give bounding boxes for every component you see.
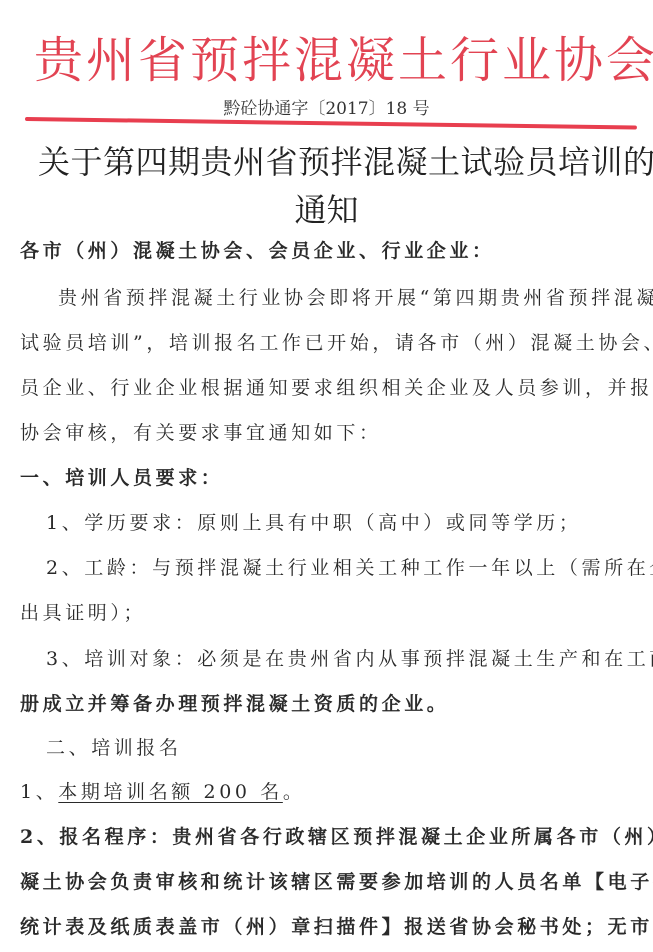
salutation: 各市（州）混凝土协会、会员企业、行业企业： [20,236,495,263]
section-1-heading: 一、培训人员要求： [20,463,223,490]
intro-line-4: 协会审核，有关要求事宜通知如下： [20,418,382,445]
registration-item-1-suffix: 。 [283,781,306,803]
requirement-item-2-line-2: 出具证明）； [20,598,146,625]
document-title-line-2: 通知 [0,185,653,231]
requirement-item-1: 1、学历要求：原则上具有中职（高中）或同等学历； [46,508,582,535]
requirement-item-3-line-1: 3、培训对象：必须是在贵州省内从事预拌混凝土生产和在工商注 [46,644,653,671]
document-title-line-1: 关于第四期贵州省预拌混凝土试验员培训的 [38,137,653,183]
intro-line-3: 员企业、行业企业根据通知要求组织相关企业及人员参训，并报送省 [20,373,653,400]
quota-text: 本期培训名额 200 名 [58,781,283,803]
registration-item-1: 1、本期培训名额 200 名。 [20,777,305,804]
registration-procedure-line-1: 2、报名程序：贵州省各行政辖区预拌混凝土企业所属各市（州）混 [20,822,653,849]
intro-line-1: 贵州省预拌混凝土行业协会即将开展“第四期贵州省预拌混凝土 [58,283,653,310]
intro-line-2: 试验员培训”，培训报名工作已开始，请各市（州）混凝土协会、会 [20,328,653,355]
document-number: 黔砼协通字〔2017〕18 号 [0,94,653,119]
registration-procedure-line-3: 统计表及纸质表盖市（州）章扫描件】报送省协会秘书处；无市（州） [20,912,653,939]
requirement-item-2-line-1: 2、工龄：与预拌混凝土行业相关工种工作一年以上（需所在企业 [46,553,653,580]
section-2-heading: 二、培训报名 [46,733,182,760]
organization-letterhead: 贵州省预拌混凝土行业协会 [34,22,653,92]
requirement-item-3-line-2: 册成立并筹备办理预拌混凝土资质的企业。 [20,689,449,716]
registration-procedure-line-2: 凝土协会负责审核和统计该辖区需要参加培训的人员名单【电子报名 [20,867,653,894]
registration-item-1-prefix: 1、 [20,781,58,803]
